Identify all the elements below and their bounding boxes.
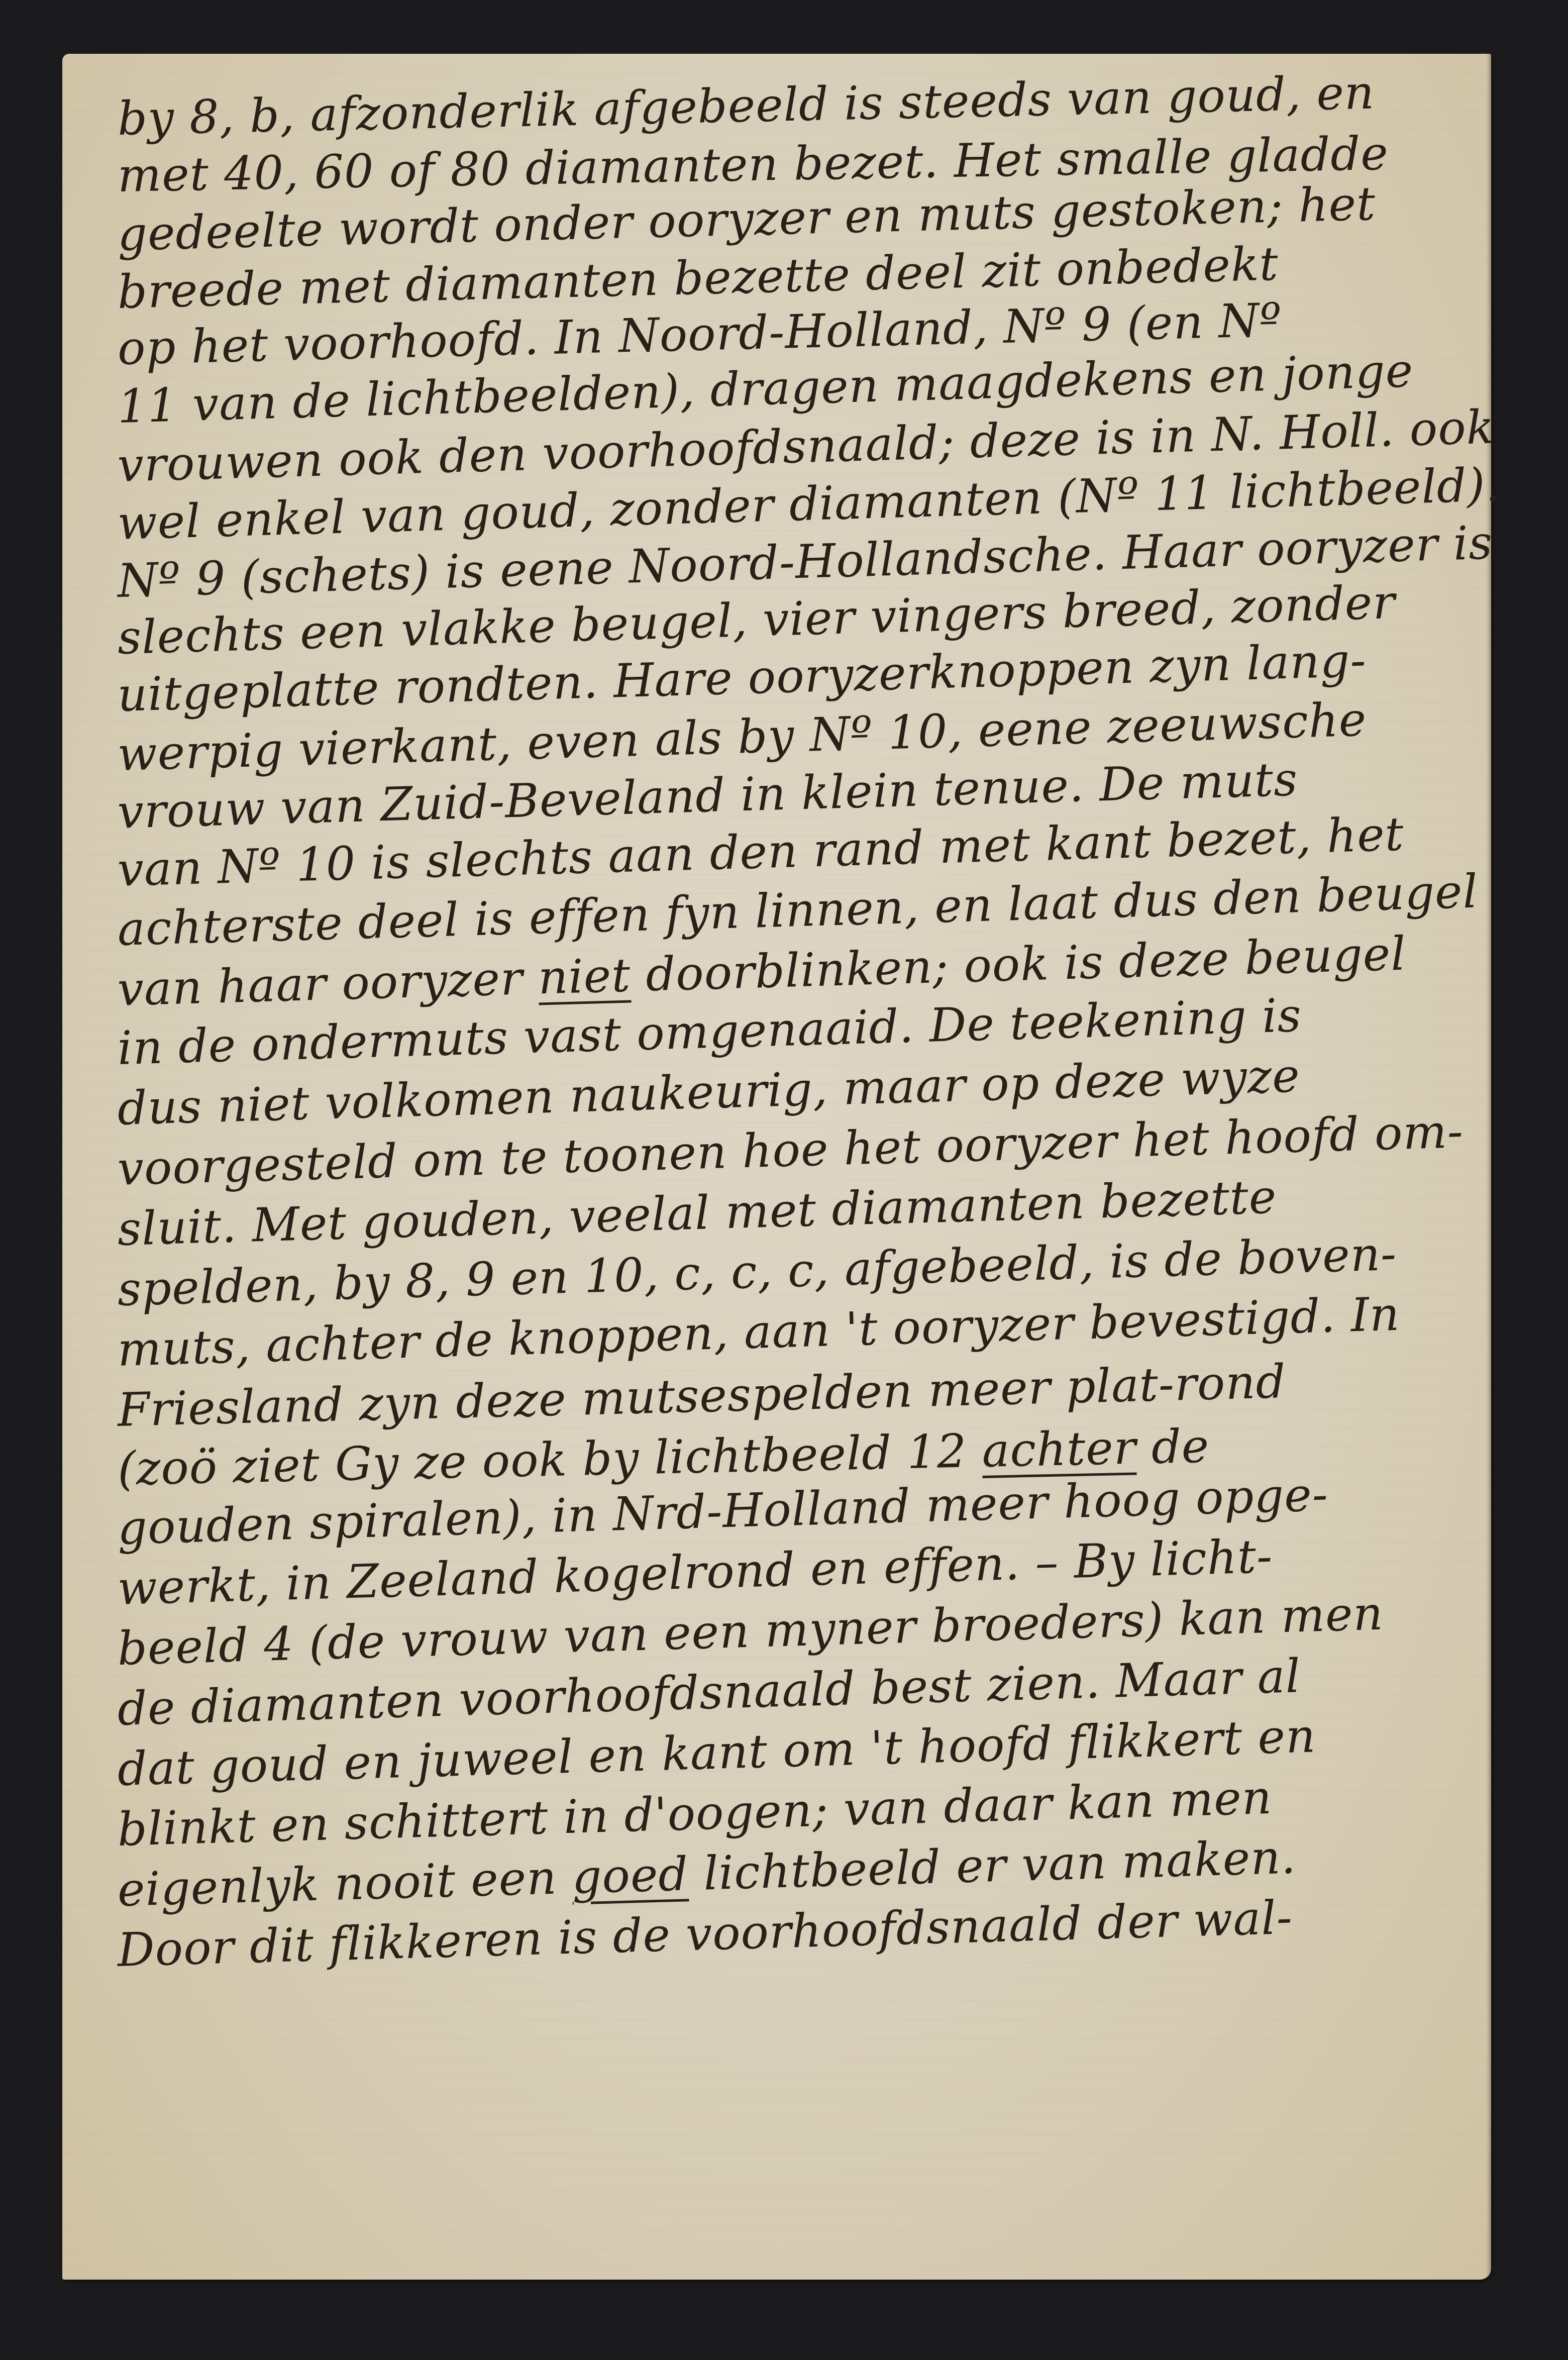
text-segment: van haar ooryzer	[117, 951, 539, 1016]
text-segment: lichtbeeld er van maken.	[688, 1830, 1297, 1901]
text-segment: de	[1135, 1419, 1210, 1474]
underlined-word: goed	[571, 1847, 689, 1904]
underlined-word: niet	[538, 949, 632, 1005]
underlined-word: achter	[981, 1421, 1136, 1478]
text-segment: eigenlyk nooit een	[117, 1851, 573, 1917]
manuscript-page: by 8, b, afzonderlik afgebeeld is steeds…	[62, 54, 1491, 2280]
